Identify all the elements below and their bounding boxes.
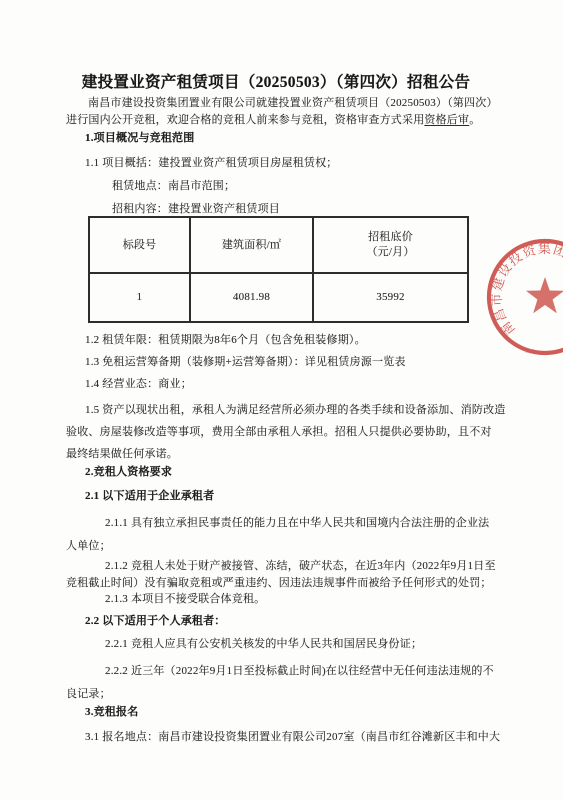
registration-address-line: 3.1 报名地点：南昌市建设投资集团置业有限公司207室（南昌市红谷滩新区丰和中… [66, 730, 486, 745]
lease-scope-line: 招租内容：建投置业资产租赁项目 [112, 202, 486, 216]
page-title: 建投置业资产租赁项目（20250503）（第四次）招租公告 [66, 72, 486, 93]
lease-location-line: 租赁地点：南昌市范围； [112, 179, 486, 194]
column-header-base-rent: 招租底价 （元/月） [313, 217, 468, 273]
lease-term-line: 1.2 租赁年限：租赁期限为8年6个月（包含免租装修期）。 [66, 333, 486, 348]
clause-2-1-3: 2.1.3 本项目不接受联合体竞租。 [66, 592, 486, 607]
section2-2-heading: 2.2 以下适用于个人承租者： [66, 614, 486, 629]
seal-code: 360 [525, 348, 535, 355]
clause-2-2-1: 2.2.1 竞租人应具有公安机关核发的中华人民共和国居民身份证； [66, 637, 486, 652]
document-body: 建投置业资产租赁项目（20250503）（第四次）招租公告 南昌市建设投资集团置… [66, 0, 486, 745]
intro-tail-text: 。 [469, 114, 480, 126]
clause-2-1-1: 2.1.1 具有独立承担民事责任的能力且在中华人民共和国境内合法注册的企业法 人… [66, 512, 486, 558]
clause-2-2-2: 2.2.2 近三年（2022年9月1日至投标截止时间)在以往经营中无任何违法违规… [66, 660, 486, 705]
column-header-building-area: 建筑面积/㎡ [190, 217, 313, 273]
table-row: 1 4081.98 35992 [89, 273, 468, 322]
seal-ring [489, 241, 563, 353]
lease-lot-table: 标段号 建筑面积/㎡ 招租底价 （元/月） 1 4081.98 35992 [88, 216, 469, 323]
intro-underlined-term: 资格后审 [424, 114, 469, 126]
clause-2-1-2: 2.1.2 竞租人未处于财产被接管、冻结，破产状态，在近3年内（2022年9月1… [66, 558, 486, 592]
section2-1-heading: 2.1 以下适用于企业承租者 [66, 489, 486, 504]
cell-base-rent: 35992 [313, 273, 468, 322]
cell-lot-number: 1 [89, 273, 190, 322]
business-type-line: 1.4 经营业态：商业； [66, 377, 486, 392]
seal-star-icon [526, 277, 563, 313]
intro-paragraph: 南昌市建设投资集团置业有限公司就建投置业资产租赁项目（20250503）（第四次… [66, 95, 486, 128]
rent-free-period-line: 1.3 免租运营筹备期（装修期+运营筹备期）：详见租赁房源一览表 [66, 355, 486, 370]
section2-heading: 2.竞租人资格要求 [66, 465, 486, 480]
project-overview-line: 1.1 项目概括：建投置业资产租赁项目房屋租赁权； [66, 156, 486, 171]
section3-heading: 3.竞租报名 [66, 705, 486, 720]
column-header-lot-number: 标段号 [89, 217, 190, 273]
scanned-document-page: 建投置业资产租赁项目（20250503）（第四次）招租公告 南昌市建设投资集团置… [0, 0, 563, 800]
table-header-row: 标段号 建筑面积/㎡ 招租底价 （元/月） [89, 217, 468, 273]
cell-building-area: 4081.98 [190, 273, 313, 322]
svg-text:南昌市建设投资集团置业有限公司: 南昌市建设投资集团置业有限公司 [489, 241, 563, 338]
section1-heading: 1.项目概况与竞租范围 [66, 131, 486, 146]
as-is-clause-paragraph: 1.5 资产以现状出租，承租人为满足经营所必须办理的各类手续和设备添加、消防改造… [66, 399, 486, 465]
seal-company-name: 南昌市建设投资集团置业有限公司 [489, 241, 563, 338]
